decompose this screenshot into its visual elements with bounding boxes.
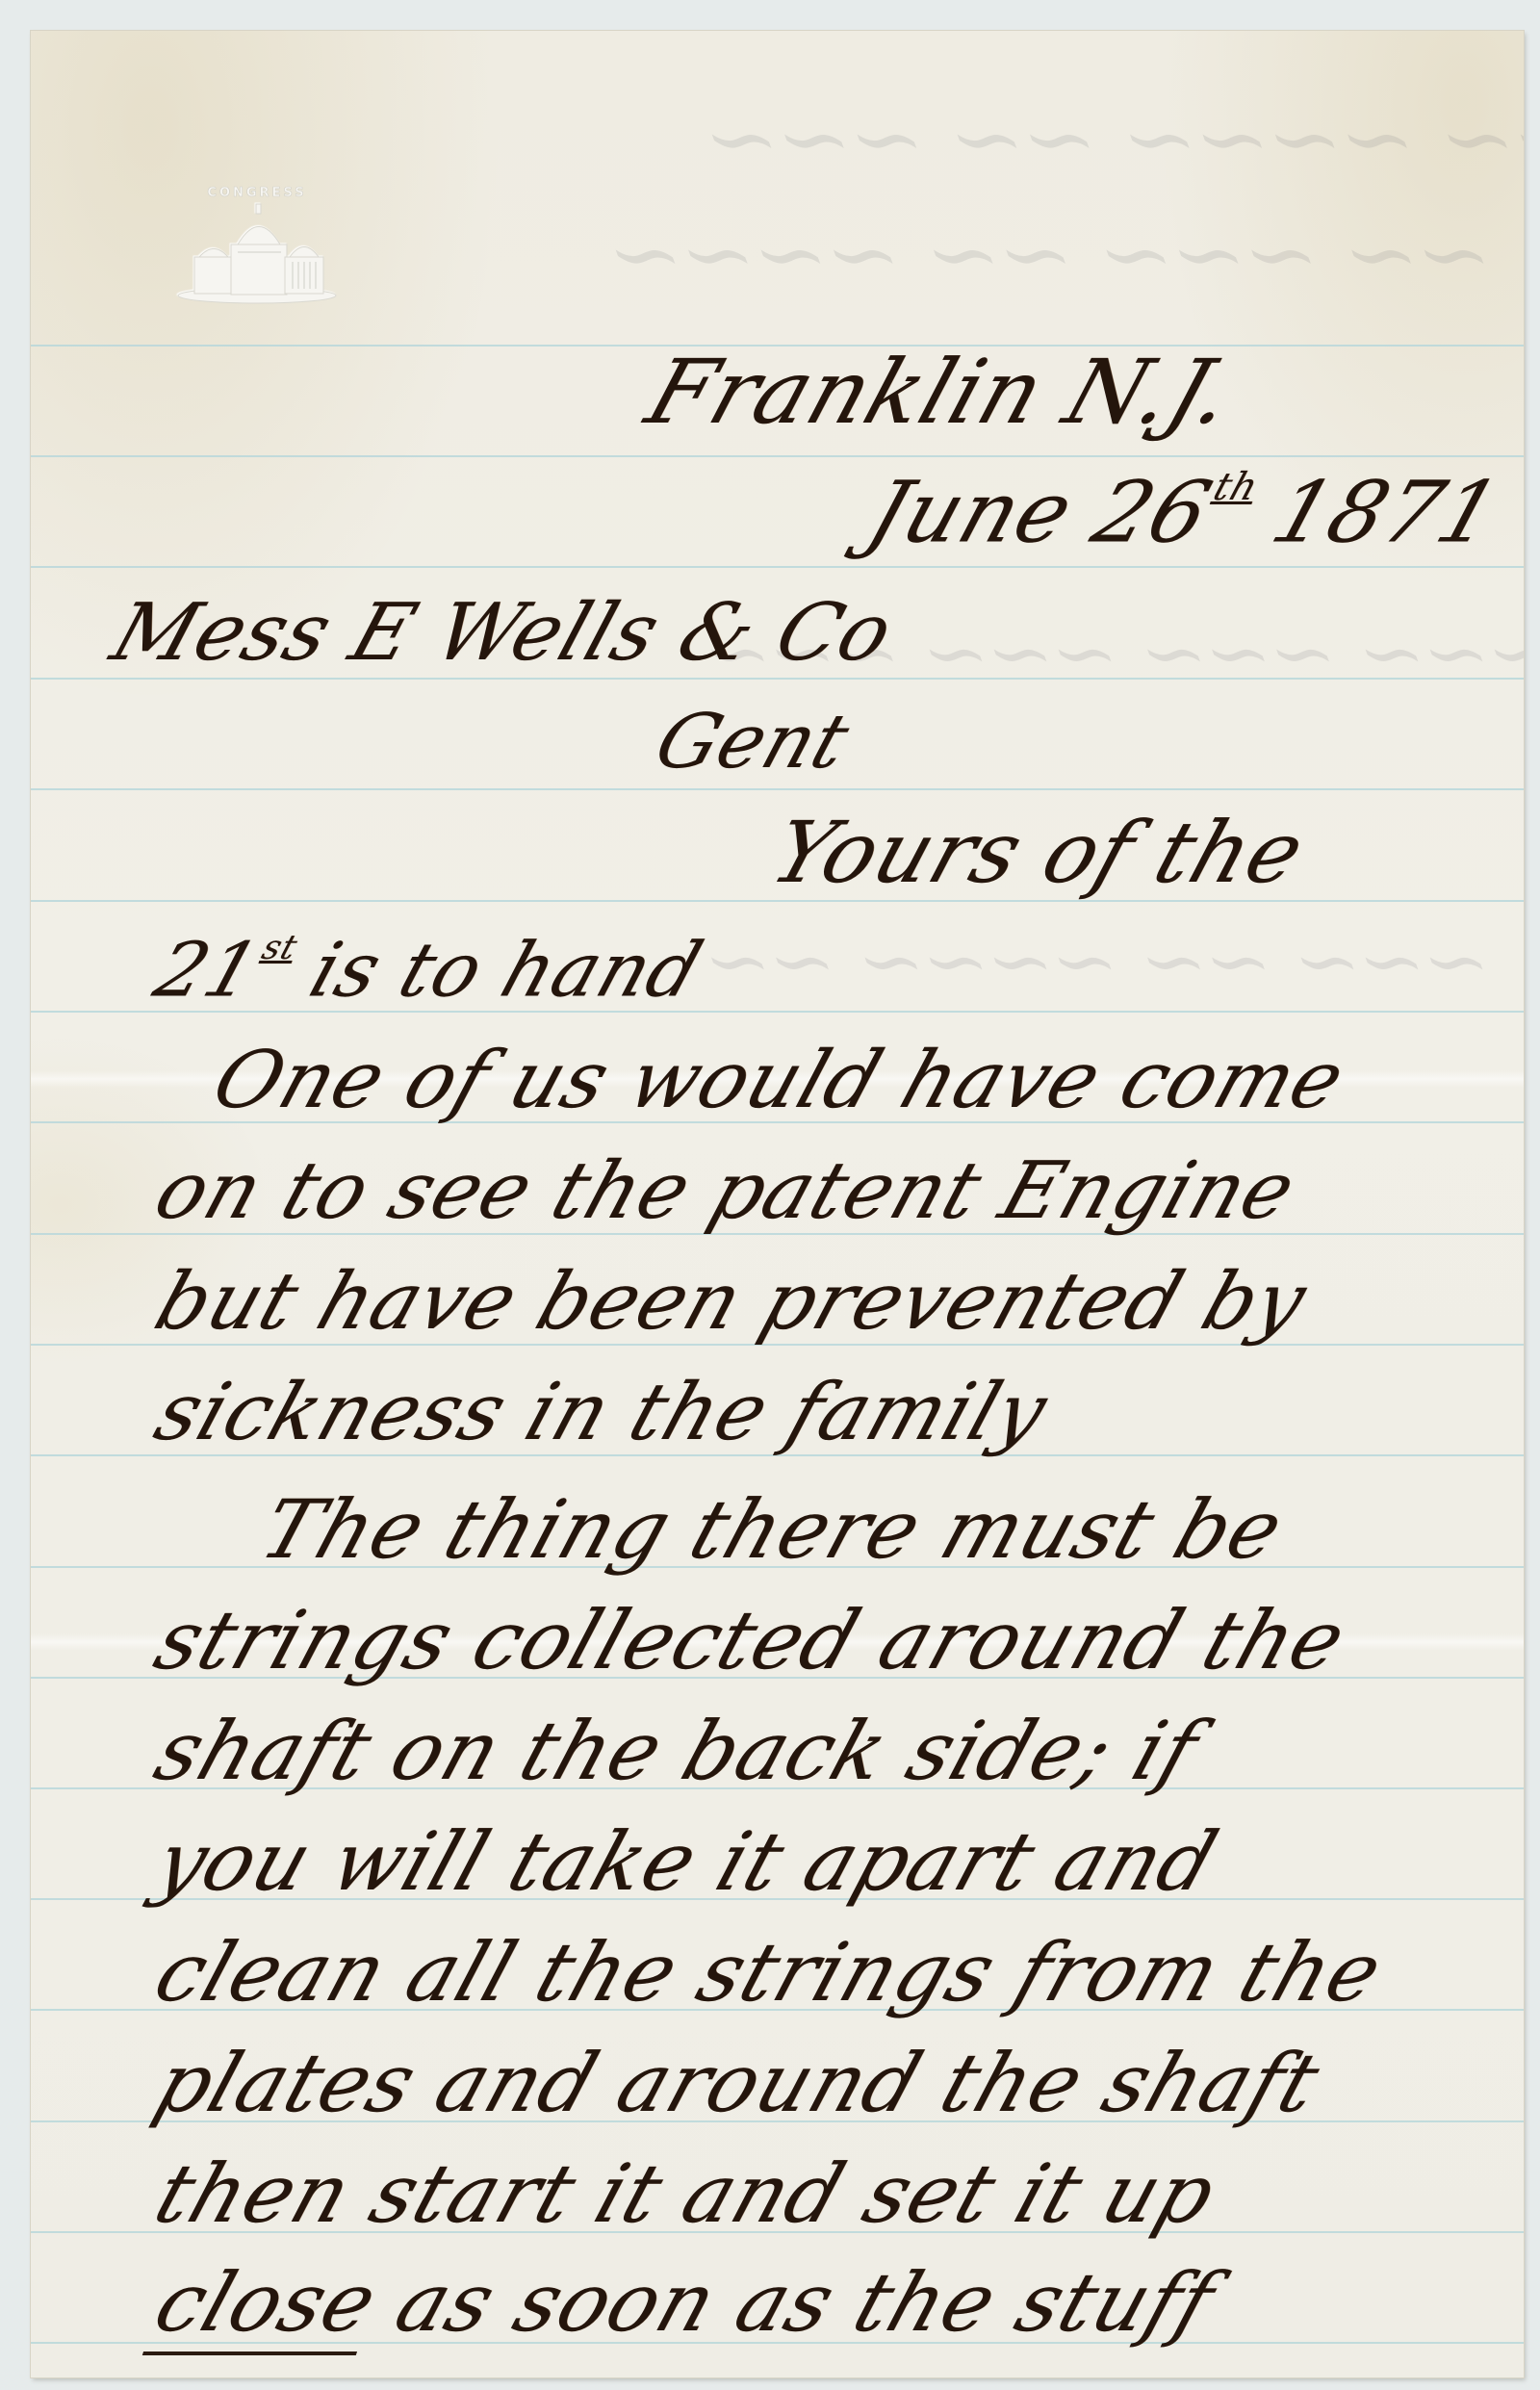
date-month-day: June 26 xyxy=(857,463,1223,562)
letter-page: ~~~ ~~~~ ~~ ~~~ ~~~~ ~~ ~~~ ~~ ~~~~ ~~~~… xyxy=(31,31,1524,2377)
body-line-7: The thing there must be xyxy=(252,1489,1293,1570)
body-line-10: you will take it apart and xyxy=(146,1821,1226,1902)
rule-line xyxy=(31,1011,1524,1013)
capitol-building-emboss-icon: CONGRESS xyxy=(166,175,348,310)
show-through-text: ~~~ ~~ ~~~~ ~~ xyxy=(688,916,1503,1006)
show-through-text: ~~~ ~~~~ ~~ ~~~ xyxy=(686,89,1524,190)
body-line-3: One of us would have come xyxy=(204,1041,1353,1120)
underlined-word: close xyxy=(142,2255,389,2355)
body-line-8: strings collected around the xyxy=(146,1600,1355,1681)
salutation: Gent xyxy=(647,705,858,780)
rule-line xyxy=(31,455,1524,457)
body-line-14: close as soon as the stuff xyxy=(146,2262,1224,2343)
body-line-2: 21st is to hand xyxy=(146,931,711,1009)
letter-place: Franklin N.J. xyxy=(637,348,1245,437)
body-line-14-text: as soon as the stuff xyxy=(385,2255,1226,2350)
body-line-5: but have been prevented by xyxy=(146,1263,1316,1342)
body-line-12: plates and around the shaft xyxy=(146,2043,1329,2123)
body-line-13: then start it and set it up xyxy=(146,2153,1225,2234)
letter-date: June 26th 1871 xyxy=(859,469,1510,555)
body-line-9: shaft on the back side; if xyxy=(146,1710,1208,1791)
ref-date-number: 21 xyxy=(144,928,270,1015)
addressee: Mess E Wells & Co xyxy=(103,594,902,673)
emboss-label: CONGRESS xyxy=(207,186,306,200)
show-through-text: ~~~~ ~~ ~~~ ~~ ~~~~ xyxy=(590,204,1524,305)
body-line-6: sickness in the family xyxy=(146,1374,1056,1452)
body-line-11: clean all the strings from the xyxy=(146,1932,1392,2013)
rule-line xyxy=(31,788,1524,790)
body-line-2-text: is to hand xyxy=(299,928,712,1015)
body-line-1: Yours of the xyxy=(762,810,1315,895)
rule-line xyxy=(31,566,1524,568)
date-year: 1871 xyxy=(1261,463,1512,562)
body-line-4: on to see the patent Engine xyxy=(146,1152,1304,1231)
